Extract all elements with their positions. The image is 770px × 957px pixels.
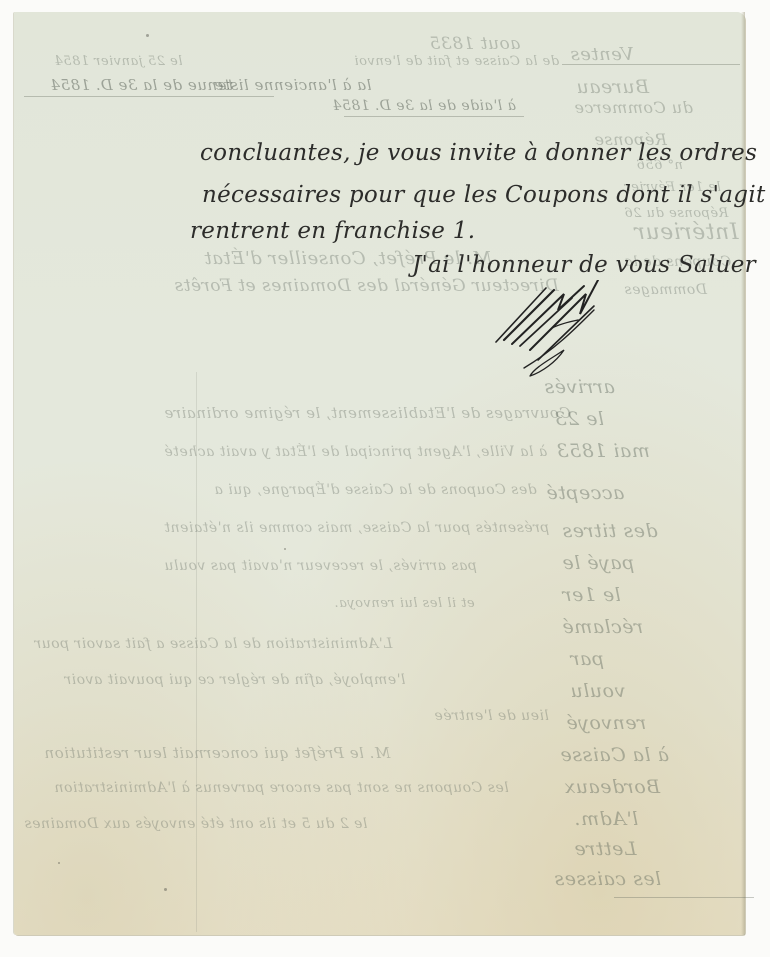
bleed-col-5: des titres [562, 520, 658, 542]
bleed-rule [562, 64, 740, 65]
bleed-body-1: Couvrages de l'Etablissement, le régime … [164, 404, 571, 422]
letter-closing: J'ai l'honneur de vous Saluer [412, 252, 756, 278]
bleed-header-right-2: Bureau [576, 76, 649, 98]
bleed-body-8: l'employé, afin de régler ce qui pouvait… [64, 672, 405, 688]
letter-page: aout 1835 Ventes Bureau du Commerce Répo… [14, 12, 745, 935]
letter-line-3: rentrent en franchise 1. [190, 218, 475, 244]
letter-line-2: nécessaires pour que les Coupons dont il… [202, 182, 766, 208]
bleed-body-3: des Coupons de la Caisse d'Épargne, qui … [214, 482, 537, 498]
bleed-col-2: le 23 [554, 408, 604, 430]
bleed-body-11: les Coupons ne sont pas encore parvenus … [54, 780, 509, 796]
bleed-body-10: M. le Préfet qui concernait leur restitu… [44, 744, 390, 762]
bleed-date: aout 1835 [429, 34, 520, 54]
bleed-margin-3: Réponse du 26 [624, 206, 728, 221]
paper-speck [284, 548, 286, 550]
bleed-col-6: payé le [562, 552, 634, 574]
bleed-body-7: L'Administration de la Caisse a fait sav… [34, 636, 392, 652]
bleed-col-10: voulu [570, 680, 625, 702]
bleed-col-9: par [570, 648, 604, 670]
paper-speck [58, 862, 60, 864]
bleed-header-row-3: la à l'ancienne liste [214, 76, 371, 94]
bleed-header-row-0: de la Caisse et fait de l'envoi [354, 54, 559, 69]
bleed-col-7: le 1er [562, 584, 621, 606]
bleed-header-row-2: tenue de la 3e D. 1854 [50, 76, 233, 94]
bleed-col-12: à la Caisse [560, 744, 669, 766]
bleed-col-13: Bordeaux [564, 776, 660, 798]
signature [494, 280, 644, 380]
bleed-middle-1: Intérieur [634, 220, 738, 245]
bleed-header-row-4: à l'aide de la 3e D. 1854 [332, 98, 516, 114]
bleed-body-4: présentés pour la Caisse, mais comme ils… [164, 520, 549, 536]
letter-line-1: concluantes, je vous invite à donner les… [200, 140, 757, 166]
bleed-rule [24, 96, 274, 97]
bleed-header-row-1: le 25 janvier 1854 [54, 54, 182, 69]
bleed-body-9: lieu de l'entrée [434, 708, 549, 724]
bleed-body-6: et il les lui renvoya. [334, 596, 475, 611]
bleed-rule [614, 897, 754, 898]
bleed-body-5: pas arrivés, le receveur n'avait pas vou… [164, 558, 477, 574]
bleed-col-15: Lettre [574, 838, 636, 860]
bleed-body-2: à la Ville, l'Agent principal de l'État … [164, 444, 547, 460]
bleed-col-4: accepté [546, 482, 624, 504]
bleed-col-14: l'Adm. [574, 808, 638, 830]
bleed-col-16: les caisses [554, 868, 661, 890]
bleed-col-3: mai 1853 [556, 440, 650, 462]
bleed-rule [344, 116, 524, 117]
bleed-header-right-3: du Commerce [574, 98, 693, 117]
bleed-margin-rule [196, 372, 197, 932]
paper-speck [146, 34, 149, 37]
paper-speck [164, 888, 167, 891]
bleed-col-11: renvoyé [566, 712, 646, 734]
bleed-col-8: réclamé [562, 616, 643, 638]
bleed-header-right-1: Ventes [570, 44, 634, 65]
